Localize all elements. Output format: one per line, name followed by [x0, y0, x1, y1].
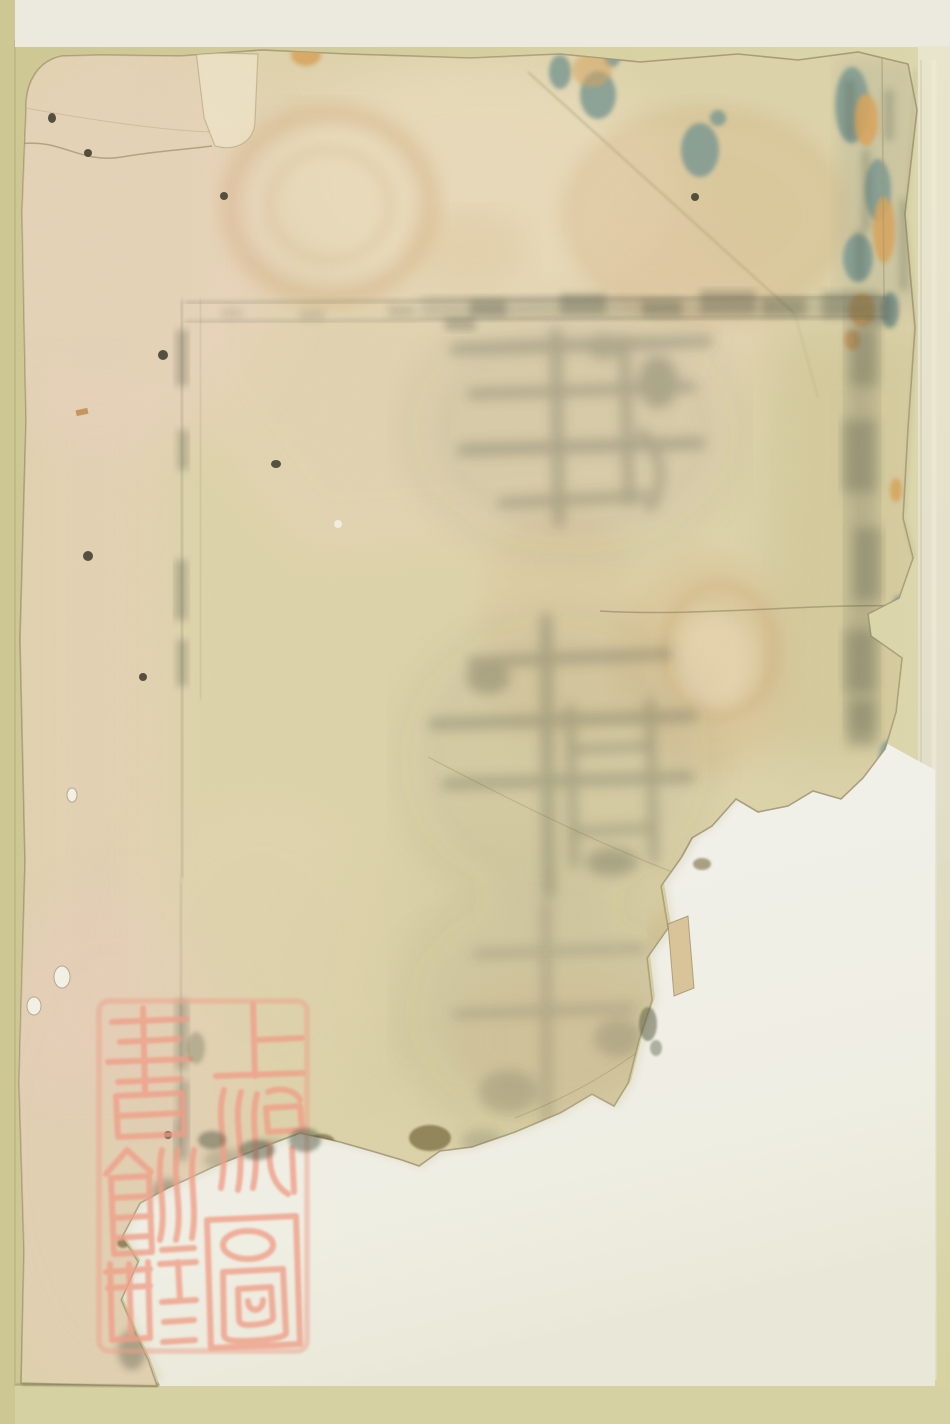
mount-left-strip [0, 0, 15, 1424]
backing-top-strip [15, 0, 950, 47]
document-scan-stage: Damaged cover leaf of an old Chinese sti… [0, 0, 950, 1424]
scanned-page: Damaged cover leaf of an old Chinese sti… [0, 0, 950, 1424]
mount-bottom-strip [0, 1386, 950, 1424]
